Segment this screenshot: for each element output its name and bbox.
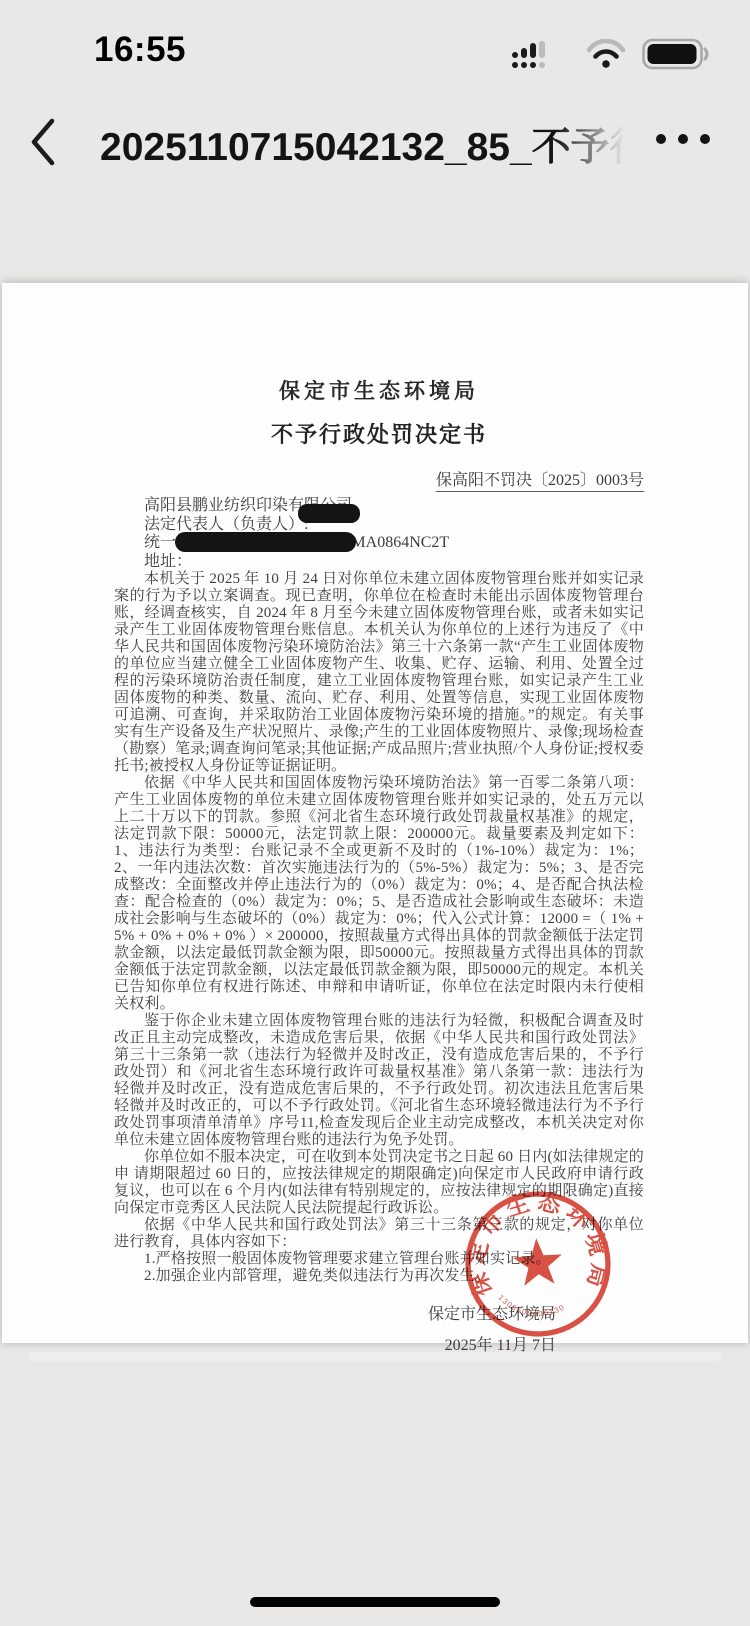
- paragraph: 依据《中华人民共和国固体废物污染环境防治法》第一百零二条第八项：产生工业固体废物…: [114, 775, 644, 1013]
- svg-text:1306509400130: 1306509400130: [496, 1289, 567, 1322]
- seal-code: 1306509400130: [496, 1289, 567, 1322]
- document-title: 不予行政处罚决定书: [114, 418, 644, 449]
- clock: 16:55: [94, 30, 186, 70]
- file-title: 2025110715042132_85_不予行政处: [100, 116, 630, 172]
- document-number: 保高阳不罚决〔2025〕0003号: [114, 467, 644, 490]
- seal-star-icon: [512, 1237, 564, 1287]
- company-name: 高阳县鹏业纺织印染有限公司: [144, 497, 644, 516]
- status-bar: 16:55: [0, 0, 750, 95]
- redaction-bar-address: [175, 532, 356, 552]
- cellular-signal-icon: [512, 41, 570, 73]
- official-seal: 保定市生态环境局 1306509400130: [457, 1183, 619, 1345]
- address-line: 地址：: [144, 553, 644, 572]
- wifi-icon: [586, 39, 626, 74]
- ellipsis-icon: [656, 134, 666, 144]
- paragraph: 本机关于 2025 年 10 月 24 日对你单位未建立固体废物管理台账并如实记…: [114, 571, 644, 775]
- next-page-edge: [28, 1352, 722, 1361]
- redaction-bar-legal-rep: [298, 504, 360, 523]
- document-body: 本机关于 2025 年 10 月 24 日对你单位未建立固体废物管理台账并如实记…: [114, 571, 644, 1285]
- more-options-button[interactable]: [656, 134, 710, 144]
- issuing-agency: 保定市生态环境局: [114, 375, 644, 405]
- paragraph: 鉴于你企业未建立固体废物管理台账的违法行为轻微，积极配合调查及时改正且主动完成整…: [114, 1013, 644, 1149]
- nav-bar: 2025110715042132_85_不予行政处: [0, 100, 750, 180]
- home-indicator[interactable]: [250, 1597, 500, 1607]
- back-button[interactable]: [26, 116, 60, 168]
- battery-icon: [642, 38, 712, 75]
- document-page[interactable]: 保定市生态环境局 不予行政处罚决定书 保高阳不罚决〔2025〕0003号 高阳县…: [2, 283, 748, 1343]
- chevron-left-icon: [26, 116, 60, 168]
